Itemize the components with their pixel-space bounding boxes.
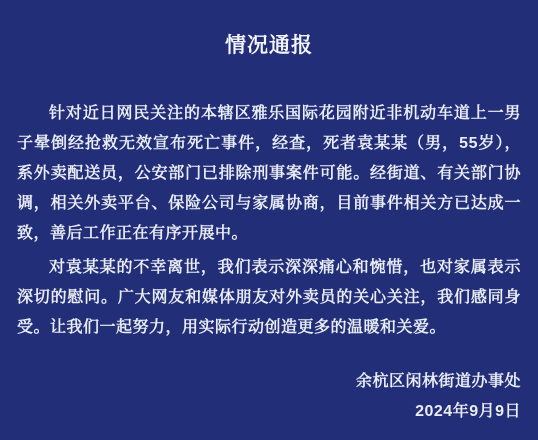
issue-date: 2024年9月9日 — [17, 397, 521, 427]
notice-title: 情况通报 — [17, 33, 521, 59]
notice-footer: 余杭区闲林街道办事处 2024年9月9日 — [17, 367, 521, 427]
notice-paragraph-2: 对袁某某的不幸离世，我们表示深深痛心和惋惜，也对家属表示深切的慰问。广大网友和媒… — [17, 253, 521, 343]
notice-paragraph-1: 针对近日网民关注的本辖区雅乐国际花园附近非机动车道上一男子晕倒经抢救无效宣布死亡… — [17, 99, 521, 249]
official-notice: 情况通报 针对近日网民关注的本辖区雅乐国际花园附近非机动车道上一男子晕倒经抢救无… — [0, 0, 538, 440]
issuer-signature: 余杭区闲林街道办事处 — [17, 367, 521, 397]
notice-content: 情况通报 针对近日网民关注的本辖区雅乐国际花园附近非机动车道上一男子晕倒经抢救无… — [0, 33, 538, 427]
notice-body: 针对近日网民关注的本辖区雅乐国际花园附近非机动车道上一男子晕倒经抢救无效宣布死亡… — [17, 99, 521, 343]
